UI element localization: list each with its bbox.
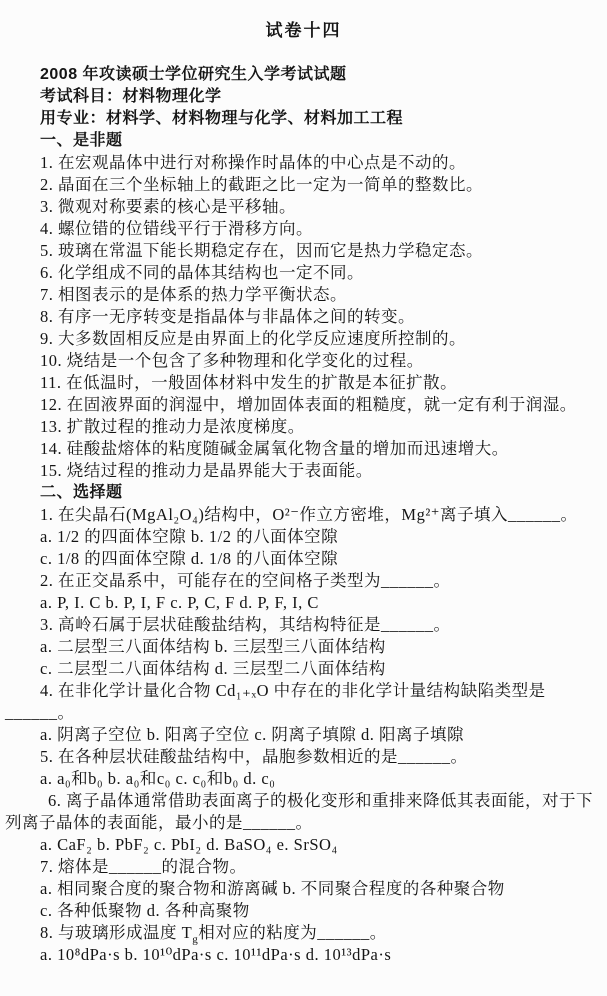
- exam-paper-page: 试卷十四 2008 年攻读硕士学位研究生入学考试试题 考试科目：材料物理化学 用…: [0, 0, 607, 996]
- header-line-subject: 考试科目：材料物理化学: [40, 86, 601, 108]
- tf-item-5: 5. 玻璃在常温下能长期稳定存在，因而它是热力学稳定态。: [40, 240, 601, 262]
- mc-q1-options-ab: a. 1/2 的四面体空隙 b. 1/2 的八面体空隙: [40, 526, 601, 548]
- tf-item-12: 12. 在固液界面的润湿中，增加固体表面的粗糙度，就一定有利于润湿。: [40, 394, 601, 416]
- mc-q6-cont: 列离子晶体的表面能，最小的是______。: [5, 812, 601, 834]
- mc-q8-options: a. 10⁸dPa·s b. 10¹⁰dPa·s c. 10¹¹dPa·s d.…: [40, 944, 601, 966]
- section1-heading: 一、是非题: [40, 130, 601, 152]
- mc-q1: 1. 在尖晶石(MgAl₂O₄)结构中，O²⁻作立方密堆，Mg²⁺离子填入___…: [40, 504, 601, 526]
- mc-q2: 2. 在正交晶系中，可能存在的空间格子类型为______。: [40, 570, 601, 592]
- mc-q2-options: a. P, I. C b. P, I, F c. P, C, F d. P, F…: [40, 592, 601, 614]
- mc-q5-options: a. a₀和b₀ b. a₀和c₀ c. c₀和b₀ d. c₀: [40, 768, 601, 790]
- mc-q8-prefix: 8. 与玻璃形成温度 T: [40, 923, 192, 942]
- tf-item-1: 1. 在宏观晶体中进行对称操作时晶体的中心点是不动的。: [40, 152, 601, 174]
- tf-item-10: 10. 烧结是一个包含了多种物理和化学变化的过程。: [40, 350, 601, 372]
- tf-item-3: 3. 微观对称要素的核心是平移轴。: [40, 196, 601, 218]
- section2-heading: 二、选择题: [40, 482, 601, 504]
- tf-item-14: 14. 硅酸盐熔体的粘度随碱金属氧化物含量的增加而迅速增大。: [40, 438, 601, 460]
- tf-item-4: 4. 螺位错的位错线平行于滑移方向。: [40, 218, 601, 240]
- mc-q8-suffix: 相对应的粘度为______。: [198, 923, 387, 942]
- mc-q1-options-cd: c. 1/8 的四面体空隙 d. 1/8 的八面体空隙: [40, 548, 601, 570]
- tf-item-6: 6. 化学组成不同的晶体其结构也一定不同。: [40, 262, 601, 284]
- tf-item-8: 8. 有序一无序转变是指晶体与非晶体之间的转变。: [40, 306, 601, 328]
- header-line-majors: 用专业：材料学、材料物理与化学、材料加工工程: [40, 108, 601, 130]
- mc-q3-options-cd: c. 二层型二八面体结构 d. 三层型二八面体结构: [40, 658, 601, 680]
- mc-q6-options: a. CaF₂ b. PbF₂ c. PbI₂ d. BaSO₄ e. SrSO…: [40, 834, 601, 856]
- mc-q7-options-ab: a. 相同聚合度的聚合物和游离碱 b. 不同聚合程度的各种聚合物: [40, 878, 601, 900]
- mc-q3: 3. 高岭石属于层状硅酸盐结构，其结构特征是______。: [40, 614, 601, 636]
- mc-q5: 5. 在各种层状硅酸盐结构中，晶胞参数相近的是______。: [40, 746, 601, 768]
- tf-item-7: 7. 相图表示的是体系的热力学平衡状态。: [40, 284, 601, 306]
- tf-item-11: 11. 在低温时，一般固体材料中发生的扩散是本征扩散。: [40, 372, 601, 394]
- tf-item-2: 2. 晶面在三个坐标轴上的截距之比一定为一简单的整数比。: [40, 174, 601, 196]
- mc-q4-options: a. 阴离子空位 b. 阳离子空位 c. 阴离子填隙 d. 阳离子填隙: [40, 724, 601, 746]
- mc-q6: 6. 离子晶体通常借助表面离子的极化变形和重排来降低其表面能，对于下: [48, 790, 601, 812]
- tf-item-9: 9. 大多数固相反应是由界面上的化学反应速度所控制的。: [40, 328, 601, 350]
- header-line-exam-year: 2008 年攻读硕士学位研究生入学考试试题: [40, 64, 601, 86]
- mc-q4-blank: ______。: [5, 702, 601, 724]
- mc-q7: 7. 熔体是______的混合物。: [40, 856, 601, 878]
- mc-q3-options-ab: a. 二层型三八面体结构 b. 三层型三八面体结构: [40, 636, 601, 658]
- mc-q8: 8. 与玻璃形成温度 Tg相对应的粘度为______。: [40, 922, 601, 944]
- mc-q4: 4. 在非化学计量化合物 Cd₁₊ₓO 中存在的非化学计量结构缺陷类型是: [40, 680, 601, 702]
- paper-title: 试卷十四: [0, 20, 607, 42]
- tf-item-15: 15. 烧结过程的推动力是晶界能大于表面能。: [40, 460, 601, 482]
- mc-q7-options-cd: c. 各种低聚物 d. 各种高聚物: [40, 900, 601, 922]
- tf-item-13: 13. 扩散过程的推动力是浓度梯度。: [40, 416, 601, 438]
- paper-content: 2008 年攻读硕士学位研究生入学考试试题 考试科目：材料物理化学 用专业：材料…: [0, 64, 607, 966]
